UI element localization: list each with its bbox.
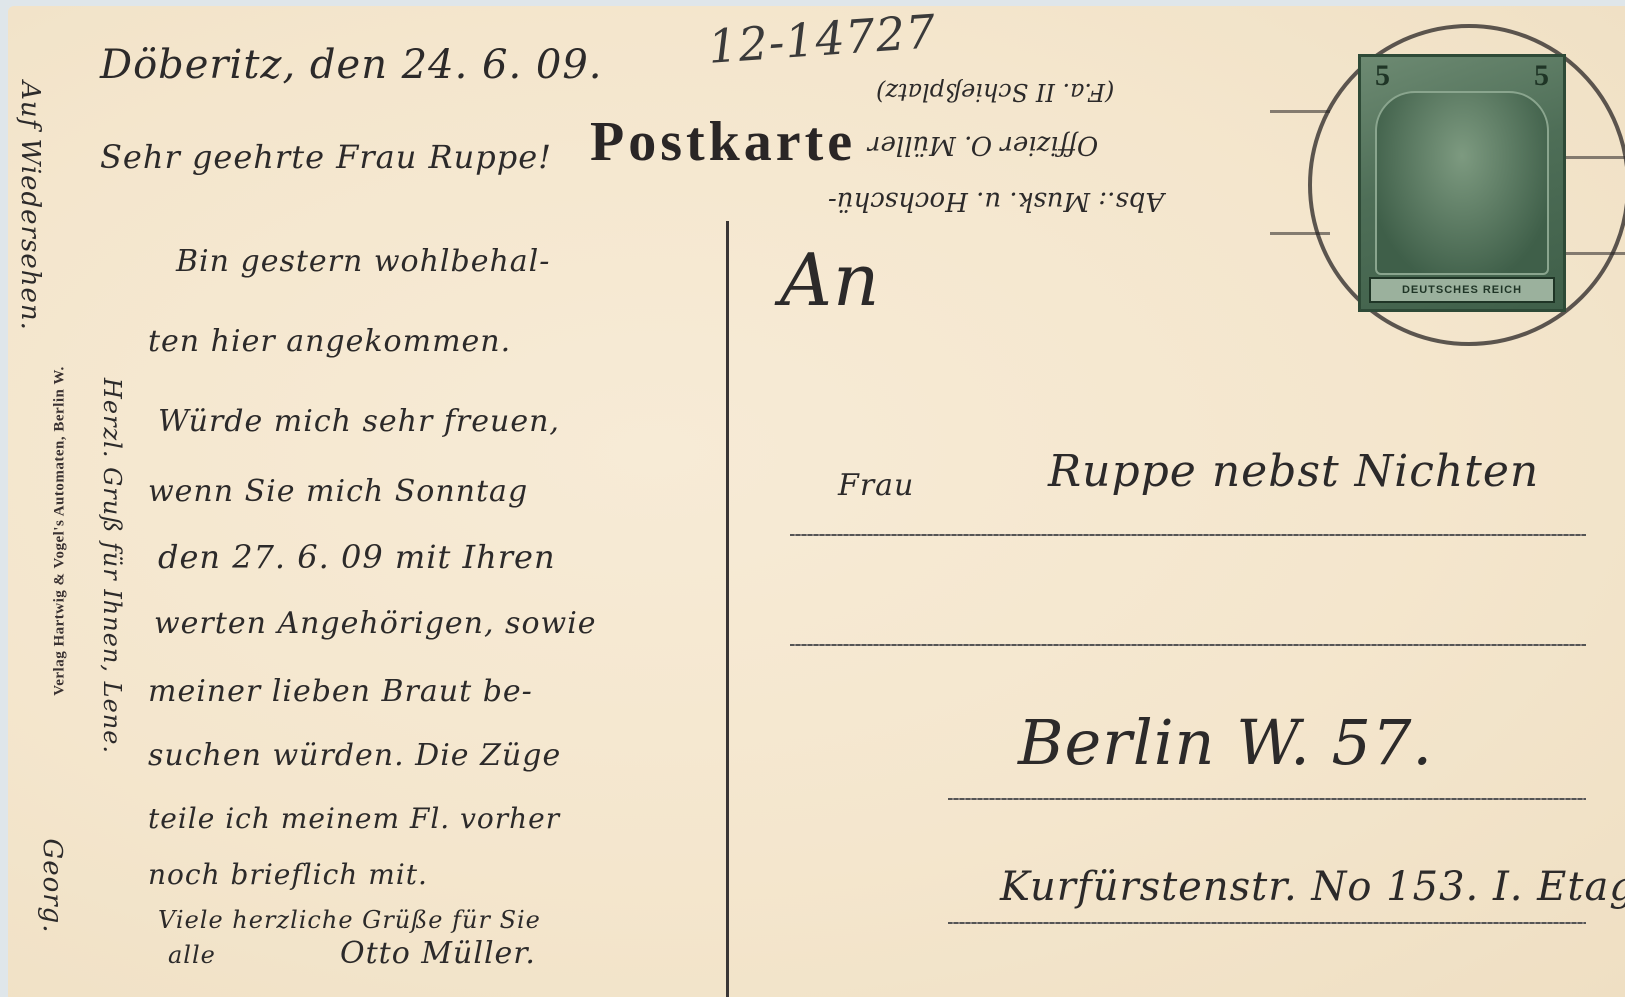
- message-line: den 27. 6. 09 mit Ihren: [158, 538, 556, 576]
- margin-note-greeting: Herzl. Gruß für Ihnen, Lene.: [98, 378, 126, 754]
- address-line-3: Kurfürstenstr. No 153. I. Etage.: [1000, 864, 1625, 910]
- address-rule-3: [948, 798, 1586, 800]
- postmark-bar: [1558, 252, 1625, 255]
- signature: Otto Müller.: [340, 936, 536, 971]
- address-prefix: An: [780, 238, 880, 322]
- postmark-bar: [1270, 232, 1330, 235]
- postage-stamp: 5 5 DEUTSCHES REICH: [1358, 54, 1566, 312]
- margin-note-georg: Georg.: [37, 838, 67, 933]
- salutation: Sehr geehrte Frau Ruppe!: [100, 138, 552, 176]
- postmark-bar: [1270, 110, 1330, 113]
- stamp-value-right: 5: [1534, 59, 1549, 93]
- germania-portrait-icon: [1375, 91, 1549, 275]
- message-line: meiner lieben Braut be-: [148, 674, 533, 709]
- address-frau: Frau: [838, 468, 914, 503]
- postcard: Postkarte 12-14727 Verlag Hartwig & Voge…: [8, 6, 1625, 997]
- sender-note-line-1: Abs.: Musk. u. Hochschü-: [828, 186, 1164, 216]
- margin-note-auf-wiedersehen: Auf Wiedersehen.: [15, 81, 45, 331]
- address-rule-4: [948, 922, 1586, 924]
- message-line: suchen würden. Die Züge: [148, 738, 561, 773]
- address-line-2: Berlin W. 57.: [1018, 706, 1433, 779]
- address-rule-2: [790, 644, 1586, 646]
- stamp-value-left: 5: [1375, 59, 1390, 93]
- message-line: ten hier angekommen.: [148, 324, 511, 359]
- archive-number: 12-14727: [706, 6, 938, 74]
- address-line-1: Ruppe nebst Nichten: [1048, 446, 1539, 497]
- sender-note-line-2: Offizier O. Müller: [868, 130, 1098, 160]
- message-line: wenn Sie mich Sonntag: [148, 474, 528, 509]
- message-line: Würde mich sehr freuen,: [158, 404, 560, 439]
- message-line: Viele herzliche Grüße für Sie: [158, 906, 541, 934]
- place-date: Döberitz, den 24. 6. 09.: [100, 42, 603, 88]
- center-divider: [726, 221, 729, 997]
- message-line: noch brieflich mit.: [148, 858, 428, 891]
- address-rule-1: [790, 534, 1586, 536]
- stamp-country: DEUTSCHES REICH: [1369, 277, 1555, 303]
- message-line: teile ich meinem Fl. vorher: [148, 802, 560, 835]
- postcard-title: Postkarte: [590, 110, 856, 174]
- sender-note-line-3: (F.a. II Schießplatz): [876, 78, 1114, 106]
- message-line: werten Angehörigen, sowie: [154, 606, 597, 641]
- publisher-imprint: Verlag Hartwig & Vogel's Automaten, Berl…: [52, 366, 69, 695]
- postmark-bar: [1558, 156, 1625, 159]
- closing-prefix: alle: [168, 941, 216, 969]
- message-line: Bin gestern wohlbehal-: [176, 244, 550, 279]
